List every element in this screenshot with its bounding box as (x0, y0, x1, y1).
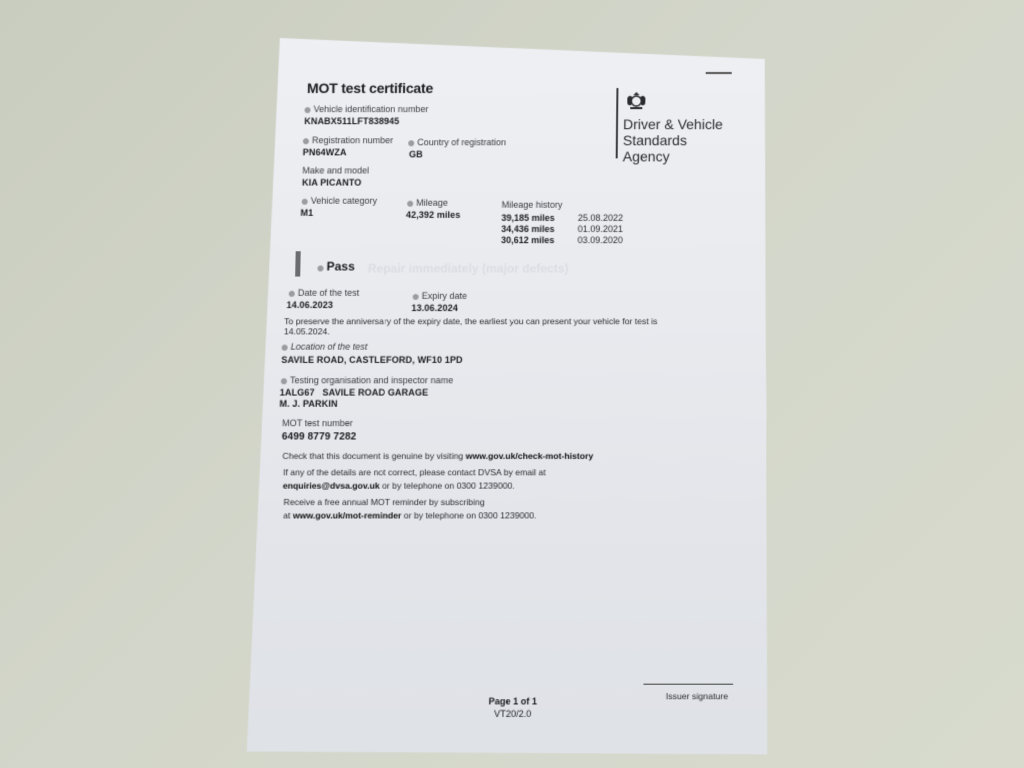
agency-name: Driver & Vehicle Standards Agency (623, 116, 723, 164)
info-icon (304, 107, 310, 113)
info-icon (317, 265, 323, 271)
royal-crest-icon (624, 90, 648, 110)
certificate-title: MOT test certificate (307, 80, 433, 96)
mot-certificate-page: Repair immediately (major defects) MOT t… (247, 38, 772, 754)
category-value: M1 (300, 208, 313, 218)
info-icon (413, 293, 419, 299)
info-icon (408, 140, 414, 146)
signature-label: Issuer signature (666, 691, 728, 701)
expiry-date-label: Expiry date (413, 291, 468, 301)
registration-label: Registration number (303, 135, 394, 145)
anniversary-note: To preserve the anniversary of the expir… (284, 316, 658, 336)
info-icon (282, 344, 288, 350)
page-number: Page 1 of 1 (482, 695, 543, 707)
expiry-date-value: 13.06.2024 (411, 303, 458, 313)
mileage-history-label: Mileage history (502, 200, 563, 210)
organisation-value: 1ALG67 SAVILE ROAD GARAGE M. J. PARKIN (279, 387, 428, 409)
vin-label: Vehicle identification number (304, 104, 428, 114)
show-through-text: Repair immediately (major defects) (368, 261, 569, 275)
form-code: VT20/2.0 (482, 708, 543, 720)
info-icon (281, 378, 287, 384)
info-icon (289, 290, 295, 296)
reminder-text: Receive a free annual MOT reminder by su… (283, 496, 537, 523)
mot-reminder-link: www.gov.uk/mot-reminder (293, 510, 402, 520)
make-model-label: Make and model (302, 165, 369, 175)
make-model-value: KIA PICANTO (302, 178, 362, 188)
vin-value: KNABX511LFT838945 (304, 116, 399, 126)
test-number-label: MOT test number (282, 418, 353, 428)
registration-value: PN64WZA (303, 147, 347, 157)
test-date-label: Date of the test (289, 288, 360, 298)
result-status: Pass (317, 257, 355, 275)
page-footer: Page 1 of 1 VT20/2.0 (482, 695, 544, 720)
check-genuine-text: Check that this document is genuine by v… (282, 451, 593, 461)
pass-marker (295, 251, 301, 276)
test-number-value: 6499 8779 7282 (282, 431, 357, 442)
organisation-label: Testing organisation and inspector name (281, 375, 453, 385)
test-date-value: 14.06.2023 (286, 300, 333, 310)
info-icon (303, 138, 309, 144)
agency-divider (616, 88, 618, 158)
mileage-label: Mileage (407, 198, 448, 208)
mileage-history-row: 39,185 miles25.08.2022 (501, 213, 623, 224)
category-label: Vehicle category (302, 196, 378, 206)
mileage-history-row: 34,436 miles01.09.2021 (501, 224, 623, 235)
country-value: GB (409, 149, 423, 159)
country-label: Country of registration (408, 137, 506, 147)
location-value: SAVILE ROAD, CASTLEFORD, WF10 1PD (281, 355, 463, 365)
mileage-value: 42,392 miles (406, 210, 461, 220)
mileage-history-list: 39,185 miles25.08.2022 34,436 miles01.09… (501, 213, 623, 246)
mileage-history-row: 30,612 miles03.09.2020 (501, 235, 623, 246)
page-mark (706, 72, 732, 74)
location-label: Location of the test (282, 342, 368, 352)
info-icon (407, 200, 413, 206)
contact-text: If any of the details are not correct, p… (283, 466, 546, 493)
info-icon (302, 198, 308, 204)
dvsa-email-link: enquiries@dvsa.gov.uk (283, 480, 380, 490)
check-mot-history-link: www.gov.uk/check-mot-history (466, 451, 594, 461)
signature-line (643, 684, 733, 685)
